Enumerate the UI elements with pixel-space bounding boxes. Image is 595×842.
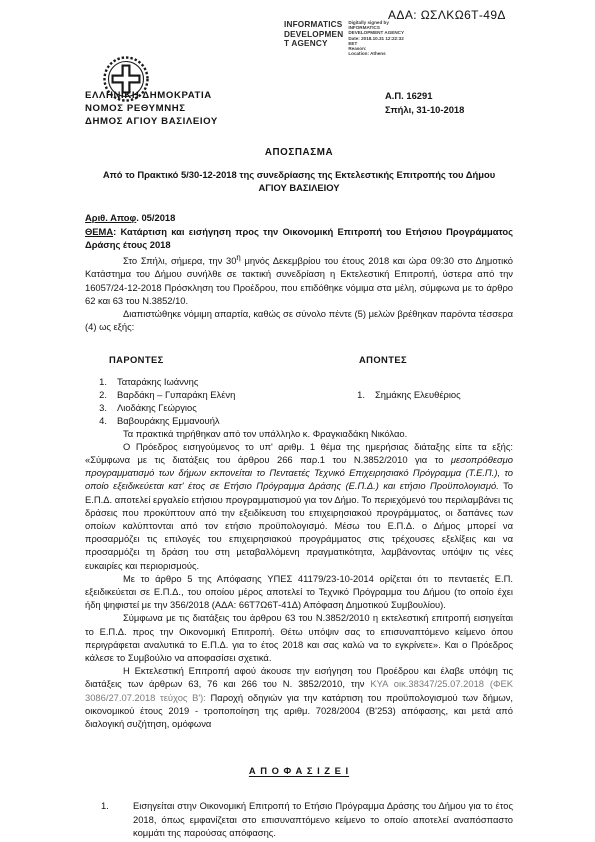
decision-number-line: Αριθ. Αποφ. 05/2018 bbox=[85, 211, 513, 224]
present-item: 1.Ταταράκης Ιωάννης bbox=[85, 375, 343, 388]
document-subtitle-2: ΑΓΙΟΥ ΒΑΣΙΛΕΙΟΥ bbox=[85, 181, 513, 194]
paragraph-quorum: Διαπιστώθηκε νόμιμη απαρτία, καθώς σε σύ… bbox=[85, 307, 513, 333]
ada-code: ΑΔΑ: ΩΣΛΚΩ6Τ-49Δ bbox=[388, 8, 506, 22]
decides-heading: Α Π Ο Φ Α Σ Ι Ζ Ε Ι bbox=[85, 764, 513, 777]
absent-item: 1.Σημάκης Ελευθέριος bbox=[343, 388, 513, 401]
present-column: ΠΑΡΟΝΤΕΣ 1.Ταταράκης Ιωάννης 2.Βαρδάκη –… bbox=[85, 353, 343, 426]
document-body: ΑΠΟΣΠΑΣΜΑ Από το Πρακτικό 5/30-12-2018 τ… bbox=[85, 146, 513, 839]
absent-column: ΑΠΟΝΤΕΣ 1.Σημάκης Ελευθέριος bbox=[343, 353, 513, 426]
present-item: 2.Βαρδάκη – Γυπαράκη Ελένη bbox=[85, 388, 343, 401]
letterhead: ΕΛΛΗΝΙΚΗ ΔΗΜΟΚΡΑΤΙΑ ΝΟΜΟΣ ΡΕΘΥΜΝΗΣ ΔΗΜΟΣ… bbox=[85, 89, 218, 128]
paragraph-article-63: Σύμφωνα με τις διατάξεις του άρθρου 63 τ… bbox=[85, 611, 513, 664]
stamp-agency-name: INFORMATICS DEVELOPMEN T AGENCY bbox=[284, 20, 343, 56]
paragraph-session-info: Στο Σπήλι, σήμερα, την 30η μηνός Δεκεμβρ… bbox=[85, 251, 513, 307]
absent-list: 1.Σημάκης Ελευθέριος bbox=[343, 388, 513, 401]
paragraph-president-introduction: Ο Πρόεδρος εισηγούμενος το υπ' αριθμ. 1 … bbox=[85, 440, 513, 572]
letterhead-republic: ΕΛΛΗΝΙΚΗ ΔΗΜΟΚΡΑΤΙΑ bbox=[85, 89, 218, 102]
subject-text: : Κατάρτιση και εισήγηση προς την Οικονο… bbox=[85, 226, 513, 250]
paragraph-minutes-keeper: Τα πρακτικά τηρήθηκαν από τον υπάλληλο κ… bbox=[85, 427, 513, 440]
paragraph-committee-considered: Η Εκτελεστική Επιτροπή αφού άκουσε την ε… bbox=[85, 664, 513, 730]
subject-label: ΘΕΜΑ bbox=[85, 226, 113, 237]
document-title: ΑΠΟΣΠΑΣΜΑ bbox=[85, 146, 513, 159]
subject-line: ΘΕΜΑ: Κατάρτιση και εισήγηση προς την Οι… bbox=[85, 225, 513, 251]
digital-signature-stamp: INFORMATICS DEVELOPMEN T AGENCY Digitall… bbox=[284, 20, 404, 56]
decision-item: 1. Εισηγείται στην Οικονομική Επιτροπή τ… bbox=[85, 799, 513, 839]
decision-number-value: . 05/2018 bbox=[136, 212, 175, 223]
absent-title: ΑΠΟΝΤΕΣ bbox=[343, 353, 513, 366]
present-list: 1.Ταταράκης Ιωάννης 2.Βαρδάκη – Γυπαράκη… bbox=[85, 375, 343, 427]
stamp-signature-details: Digitally signed by INFORMATICS DEVELOPM… bbox=[348, 20, 404, 56]
present-title: ΠΑΡΟΝΤΕΣ bbox=[85, 353, 343, 366]
attendance-section: ΠΑΡΟΝΤΕΣ 1.Ταταράκης Ιωάννης 2.Βαρδάκη –… bbox=[85, 353, 513, 426]
letterhead-municipality: ΔΗΜΟΣ ΑΓΙΟΥ ΒΑΣΙΛΕΙΟΥ bbox=[85, 115, 218, 128]
protocol-place-date: Σπήλι, 31-10-2018 bbox=[385, 103, 464, 117]
decision-item-text: Εισηγείται στην Οικονομική Επιτροπή το Ε… bbox=[133, 799, 513, 839]
paragraph-ministerial-decision: Με το άρθρο 5 της Απόφασης ΥΠΕΣ 41179/23… bbox=[85, 572, 513, 612]
present-item: 3.Λιοδάκης Γεώργιος bbox=[85, 401, 343, 414]
decision-item-number: 1. bbox=[85, 799, 133, 839]
present-item: 4.Βαβουράκης Εμμανουήλ bbox=[85, 414, 343, 427]
decision-number-label: Αριθ. Αποφ bbox=[85, 212, 136, 223]
protocol-block: Α.Π. 16291 Σπήλι, 31-10-2018 bbox=[385, 89, 464, 116]
document-subtitle: Από το Πρακτικό 5/30-12-2018 της συνεδρί… bbox=[85, 168, 513, 181]
protocol-number: Α.Π. 16291 bbox=[385, 89, 464, 103]
letterhead-prefecture: ΝΟΜΟΣ ΡΕΘΥΜΝΗΣ bbox=[85, 102, 218, 115]
document-page: ΑΔΑ: ΩΣΛΚΩ6Τ-49Δ INFORMATICS DEVELOPMEN … bbox=[0, 0, 595, 842]
